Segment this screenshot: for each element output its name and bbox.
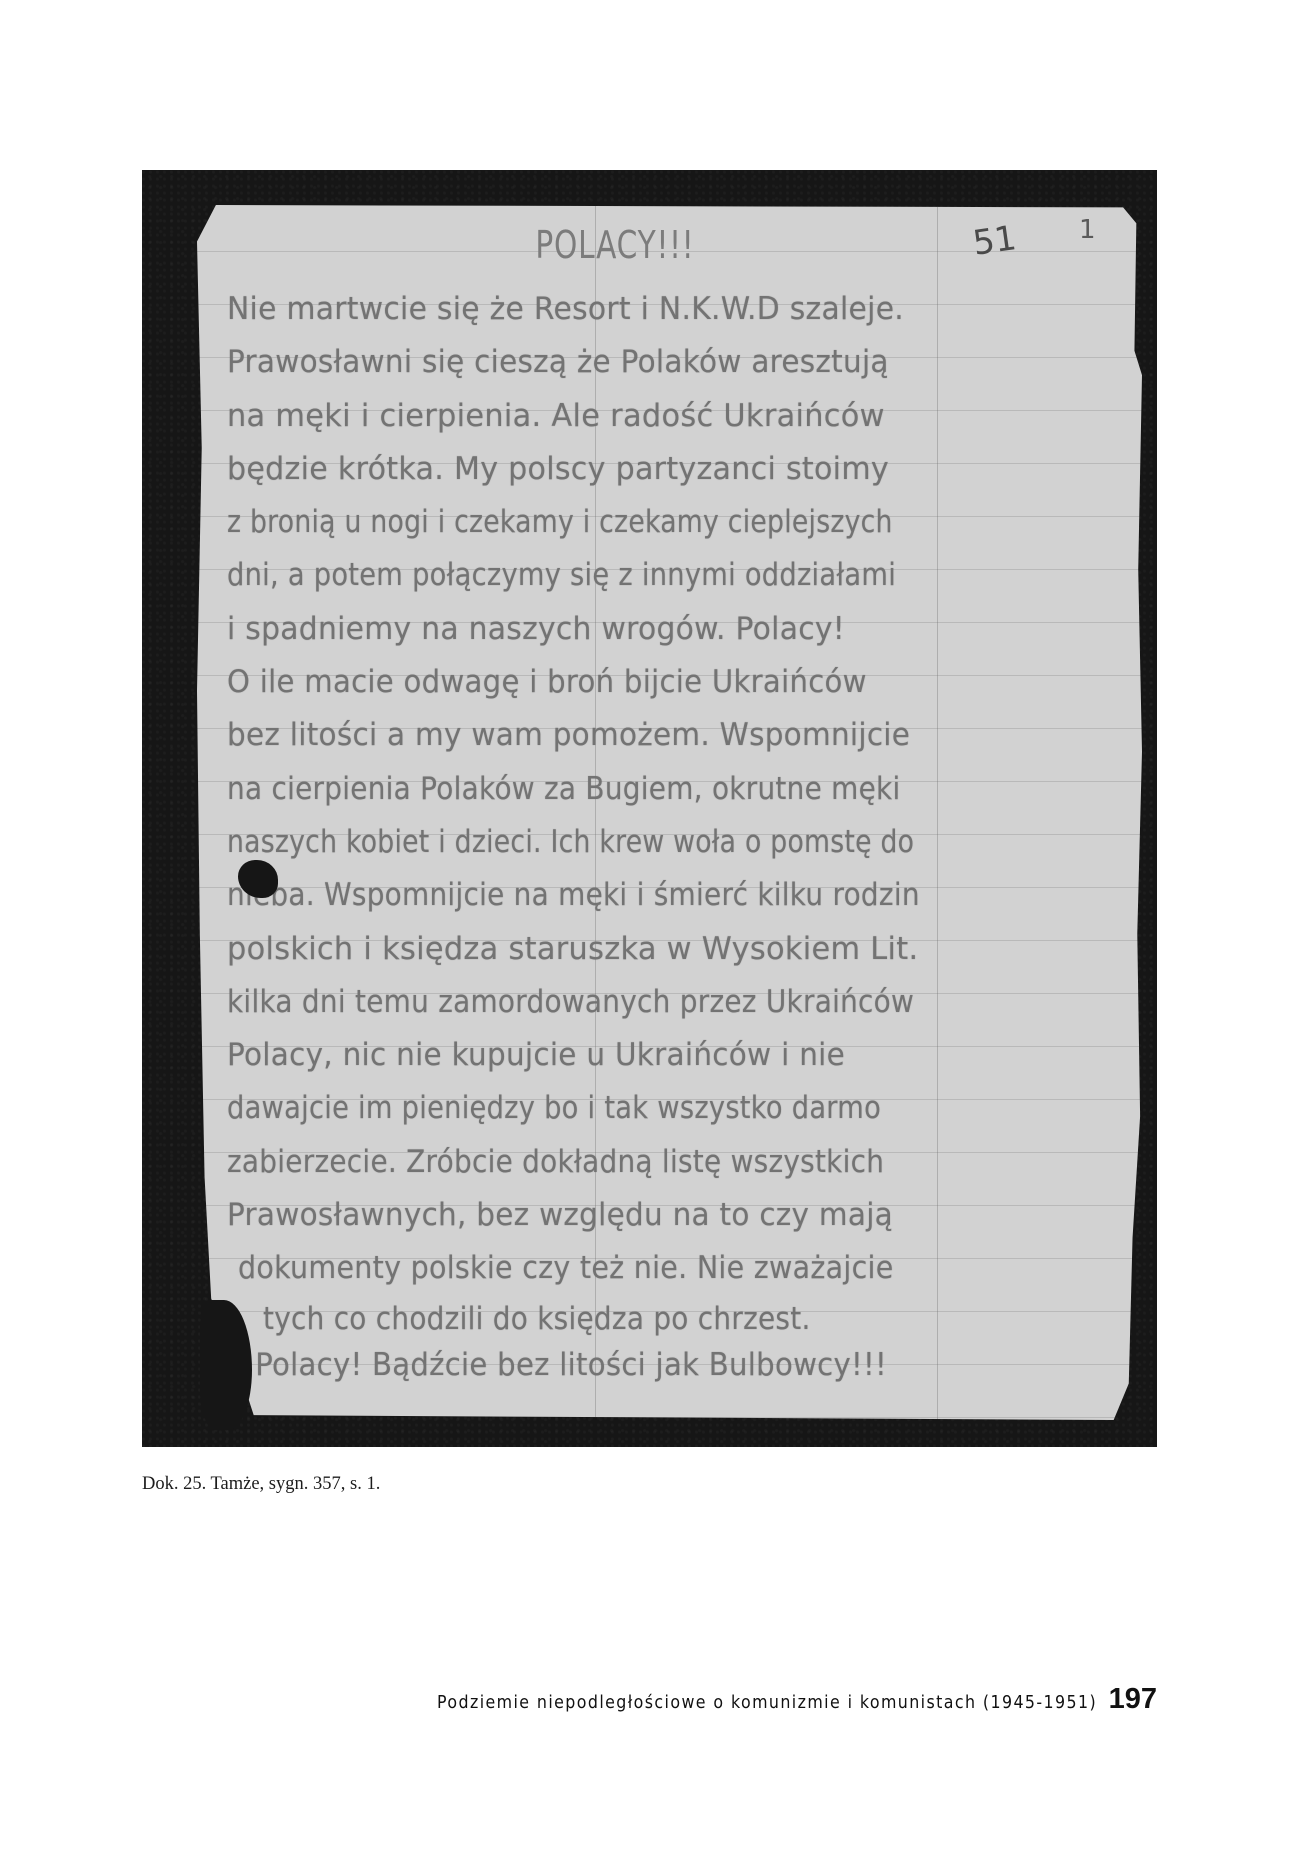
leaflet-text: Nie martwcie się że Resort i N.K.W.D sza…	[227, 283, 1122, 1388]
handwritten-leaflet: POLACY!!! 51 1 Nie martwcie się że Resor…	[197, 205, 1142, 1420]
text-line: dni, a potem połączymy się z innymi oddz…	[227, 549, 1015, 602]
text-line: bez litości a my wam pomożem. Wspomnijci…	[227, 709, 1077, 762]
text-line: na męki i cierpienia. Ale radość Ukraińc…	[227, 390, 1104, 443]
text-line: Polacy, nic nie kupujcie u Ukraińców i n…	[227, 1029, 1077, 1082]
page-footer: Podziemie niepodległościowe o komunizmie…	[347, 1683, 1157, 1716]
text-line: nieba. Wspomnijcie na męki i śmierć kilk…	[227, 869, 1033, 922]
text-line: dawajcie im pieniędzy bo i tak wszystko …	[227, 1082, 1015, 1135]
leaflet-title: POLACY!!!	[246, 223, 983, 267]
page-number: 197	[1109, 1683, 1157, 1716]
text-line: polskich i księdza staruszka w Wysokiem …	[227, 923, 1104, 976]
text-line: kilka dni temu zamordowanych przez Ukrai…	[227, 976, 1033, 1029]
text-line: naszych kobiet i dzieci. Ich krew woła o…	[227, 816, 997, 869]
text-line: zabierzecie. Zróbcie dokładną listę wszy…	[227, 1136, 1033, 1189]
text-line: będzie krótka. My polscy partyzanci stoi…	[227, 443, 1095, 496]
document-photograph: POLACY!!! 51 1 Nie martwcie się że Resor…	[142, 170, 1157, 1447]
archive-folio-number: 51	[970, 218, 1018, 264]
text-line: i spadniemy na naszych wrogów. Polacy!	[227, 603, 1086, 656]
text-line: Polacy! Bądźcie bez litości jak Bulbowcy…	[227, 1342, 1068, 1388]
text-line: na cierpienia Polaków za Bugiem, okrutne…	[227, 763, 1033, 816]
text-line: tych co chodzili do księdza po chrzest.	[227, 1296, 1033, 1342]
running-title: Podziemie niepodległościowe o komunizmie…	[437, 1692, 1097, 1713]
text-line: Nie martwcie się że Resort i N.K.W.D sza…	[227, 283, 1086, 336]
text-line: Prawosławni się cieszą że Polaków areszt…	[227, 336, 1077, 389]
figure-caption: Dok. 25. Tamże, sygn. 357, s. 1.	[142, 1474, 380, 1495]
text-line: z bronią u nogi i czekamy i czekamy ciep…	[227, 496, 997, 549]
text-line: Prawosławnych, bez względu na to czy maj…	[227, 1189, 1077, 1242]
archive-page-number: 1	[1079, 215, 1096, 245]
text-line: dokumenty polskie czy też nie. Nie zważa…	[227, 1242, 1050, 1295]
text-line: O ile macie odwagę i broń bijcie Ukraińc…	[227, 656, 1068, 709]
